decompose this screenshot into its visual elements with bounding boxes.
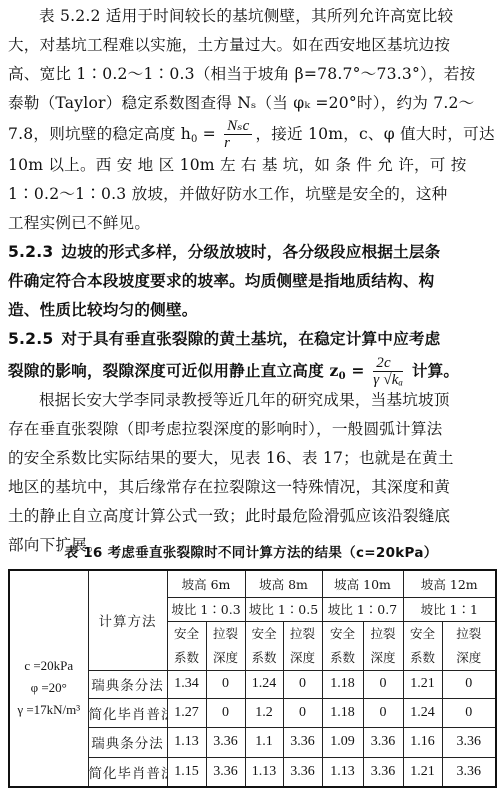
value-cell: 1.21: [403, 670, 442, 698]
header-text: 系数: [168, 646, 206, 670]
crack-depth-header: 拉裂深度: [442, 621, 496, 670]
safety-factor-header: 安全系数: [403, 621, 442, 670]
equals-sign: =: [346, 361, 371, 380]
text-line: 工程实例已不鲜见。: [8, 209, 496, 238]
value-cell: 1.18: [322, 698, 363, 727]
value-cell: 0: [442, 698, 496, 727]
equals-sign: =: [198, 125, 222, 143]
section-5-2-5: 5.2.5对于具有垂直张裂隙的黄土基坑，在稳定计算中应考虑 裂隙的影响，裂隙深度…: [8, 324, 496, 389]
value-cell: 1.18: [322, 670, 363, 698]
header-text: 拉裂: [284, 622, 322, 646]
value-cell: 1.15: [167, 757, 206, 787]
text-line: 5.2.5对于具有垂直张裂隙的黄土基坑，在稳定计算中应考虑: [8, 324, 496, 353]
crack-depth-header: 拉裂深度: [206, 621, 245, 670]
value-cell: 3.36: [442, 727, 496, 757]
formula-z0-fraction: 2cγ √kₐ: [373, 355, 403, 388]
safety-factor-header: 安全系数: [322, 621, 363, 670]
header-text: 深度: [284, 646, 322, 670]
group-ratio-header: 坡比 1∶0.5: [245, 597, 322, 621]
section-number: 5.2.5: [8, 330, 53, 348]
method-cell: 简化毕肖普法: [88, 757, 167, 787]
text-line: 土的静止自立高度计算公式一致；此时最危险滑弧应该沿裂缝底: [8, 502, 496, 531]
header-text: 拉裂: [207, 622, 245, 646]
subscript: 0: [339, 371, 346, 382]
condition-c: c =20kPa: [10, 655, 88, 677]
text-line-with-formula: 7.8，则坑壁的稳定高度 h0 = Nₛcr，接近 10m，c、φ 值大时，可达: [8, 118, 496, 151]
text-line: 1∶0.2～1∶0.3 放坡，并做好防水工作，坑壁是安全的，这种: [8, 180, 496, 209]
group-height-header: 坡高 8m: [245, 570, 322, 597]
crack-depth-header: 拉裂深度: [283, 621, 322, 670]
condition-phi: φ =20°: [10, 677, 88, 699]
header-text: 系数: [323, 646, 363, 670]
value-cell: 0: [363, 698, 403, 727]
header-text: 拉裂: [364, 622, 403, 646]
fraction-denominator: r: [224, 135, 252, 151]
value-cell: 1.24: [245, 670, 283, 698]
text-line: 高、宽比 1∶0.2～1∶0.3（相当于坡角 β=78.7°～73.3°），若按: [8, 60, 496, 89]
value-cell: 0: [206, 670, 245, 698]
value-cell: 1.34: [167, 670, 206, 698]
value-cell: 1.16: [403, 727, 442, 757]
paragraph-table-5-2-2: 表 5.2.2 适用于时间较长的基坑侧壁，其所列允许高宽比较 大，对基坑工程难以…: [8, 2, 496, 238]
text-line: 表 5.2.2 适用于时间较长的基坑侧壁，其所列允许高宽比较: [8, 2, 496, 31]
header-text: 深度: [443, 646, 496, 670]
section-number: 5.2.3: [8, 243, 53, 261]
value-cell: 3.36: [363, 757, 403, 787]
table-16: c =20kPa φ =20° γ =17kN/m³ 计算方法 坡高 6m 坡高…: [8, 569, 497, 788]
condition-gamma: γ =17kN/m³: [10, 699, 88, 721]
value-cell: 3.36: [206, 757, 245, 787]
safety-factor-header: 安全系数: [245, 621, 283, 670]
header-row-height: c =20kPa φ =20° γ =17kN/m³ 计算方法 坡高 6m 坡高…: [9, 570, 496, 597]
header-text: 系数: [404, 646, 442, 670]
value-cell: 0: [442, 670, 496, 698]
text-line: 地区的基坑中，其后缘常存在拉裂隙这一特殊情况，其深度和黄: [8, 473, 496, 502]
text-line: 造、性质比较均匀的侧壁。: [8, 295, 496, 324]
text-line: 的安全系数比实际结果的要大，见表 16、表 17；也就是在黄土: [8, 444, 496, 473]
text-segment: ，接近 10m，c、φ 值大时，可达: [255, 125, 494, 143]
value-cell: 0: [283, 698, 322, 727]
paragraph-research-results: 根据长安大学李同录教授等近几年的研究成果，当基坑坡顶 存在垂直张裂隙（即考虑拉裂…: [8, 386, 496, 560]
value-cell: 3.36: [363, 727, 403, 757]
conditions-cell: c =20kPa φ =20° γ =17kN/m³: [9, 570, 88, 787]
formula-h0-fraction: Nₛcr: [224, 118, 252, 151]
text-segment: 边坡的形式多样，分级放坡时，各分级段应根据土层条: [61, 242, 440, 261]
text-line: 件确定符合本段坡度要求的坡率。均质侧壁是指地质结构、构: [8, 266, 496, 295]
text-line: 大，对基坑工程难以实施，土方量过大。如在西安地区基坑边按: [8, 31, 496, 60]
value-cell: 1.21: [403, 757, 442, 787]
value-cell: 1.27: [167, 698, 206, 727]
text-line: 5.2.3边坡的形式多样，分级放坡时，各分级段应根据土层条: [8, 237, 496, 266]
group-height-header: 坡高 10m: [322, 570, 403, 597]
text-segment: 对于具有垂直张裂隙的黄土基坑，在稳定计算中应考虑: [61, 329, 440, 348]
value-cell: 0: [363, 670, 403, 698]
group-height-header: 坡高 6m: [167, 570, 245, 597]
value-cell: 1.1: [245, 727, 283, 757]
group-ratio-header: 坡比 1∶0.7: [322, 597, 403, 621]
document-page: 表 5.2.2 适用于时间较长的基坑侧壁，其所列允许高宽比较 大，对基坑工程难以…: [0, 0, 502, 793]
value-cell: 1.13: [245, 757, 283, 787]
fraction-numerator: Nₛc: [224, 118, 252, 135]
header-text: 安全: [323, 622, 363, 646]
header-text: 深度: [207, 646, 245, 670]
text-segment: 计算。: [406, 361, 459, 380]
header-text: 深度: [364, 646, 403, 670]
crack-depth-header: 拉裂深度: [363, 621, 403, 670]
value-cell: 3.36: [442, 757, 496, 787]
group-height-header: 坡高 12m: [403, 570, 496, 597]
table-16-caption: 表 16 考虑垂直张裂隙时不同计算方法的结果（c=20kPa）: [0, 541, 502, 561]
value-cell: 1.13: [322, 757, 363, 787]
text-line-with-formula: 裂隙的影响，裂隙深度可近似用静止直立高度 z0 = 2cγ √kₐ 计算。: [8, 353, 496, 389]
value-cell: 3.36: [206, 727, 245, 757]
text-line: 存在垂直张裂隙（即考虑拉裂深度的影响时），一般圆弧计算法: [8, 415, 496, 444]
section-5-2-3: 5.2.3边坡的形式多样，分级放坡时，各分级段应根据土层条 件确定符合本段坡度要…: [8, 237, 496, 324]
header-text: 系数: [246, 646, 283, 670]
header-text: 安全: [246, 622, 283, 646]
header-text: 拉裂: [443, 622, 496, 646]
text-line: 根据长安大学李同录教授等近几年的研究成果，当基坑坡顶: [8, 386, 496, 415]
header-text: 安全: [168, 622, 206, 646]
value-cell: 0: [206, 698, 245, 727]
group-ratio-header: 坡比 1∶1: [403, 597, 496, 621]
header-text: 安全: [404, 622, 442, 646]
value-cell: 1.09: [322, 727, 363, 757]
text-line: 泰勒（Taylor）稳定系数图查得 Nₛ（当 φₖ =20°时），约为 7.2～: [8, 89, 496, 118]
group-ratio-header: 坡比 1∶0.3: [167, 597, 245, 621]
value-cell: 3.36: [283, 727, 322, 757]
method-cell: 瑞典条分法: [88, 670, 167, 698]
text-segment: 裂隙的影响，裂隙深度可近似用静止直立高度 z: [8, 361, 339, 380]
text-segment: 7.8，则坑壁的稳定高度 h: [8, 125, 191, 143]
fraction-numerator: 2c: [373, 355, 403, 372]
safety-factor-header: 安全系数: [167, 621, 206, 670]
method-cell: 简化毕肖普法: [88, 698, 167, 727]
value-cell: 1.13: [167, 727, 206, 757]
value-cell: 1.24: [403, 698, 442, 727]
method-cell: 瑞典条分法: [88, 727, 167, 757]
value-cell: 3.36: [283, 757, 322, 787]
text-line: 10m 以上。西 安 地 区 10m 左 右 基 坑，如 条 件 允 许，可 按: [8, 151, 496, 180]
value-cell: 1.2: [245, 698, 283, 727]
method-header: 计算方法: [88, 570, 167, 670]
value-cell: 0: [283, 670, 322, 698]
